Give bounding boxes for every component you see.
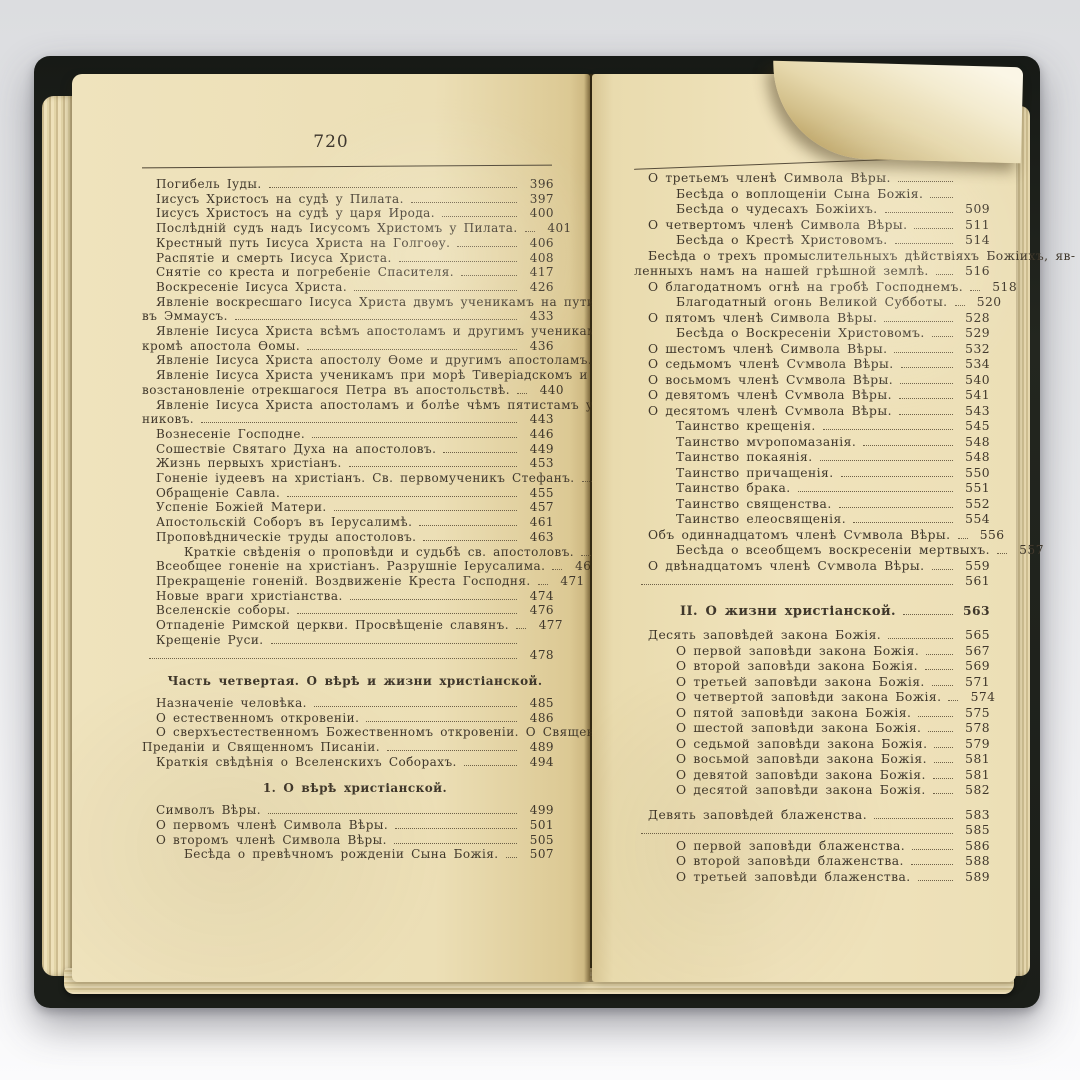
toc-entry-text: Таинство покаянія. — [634, 450, 813, 466]
dot-leader — [926, 654, 953, 655]
toc-page-ref: 574 — [963, 690, 995, 706]
toc-row: О первой заповѣди закона Божія. 567 — [634, 644, 990, 660]
toc-page-ref: 509 — [958, 202, 990, 218]
toc-row: Отпаденіе Римской церкви. Просвѣщеніе сл… — [142, 618, 554, 633]
toc-entry-text: Бесѣда о Воскресеніи Христовомъ. — [634, 326, 925, 342]
toc-entry-text: Таинство елеосвященія. — [634, 512, 846, 528]
toc-page-ref: 528 — [958, 311, 990, 327]
toc-entry-text: Крещеніе Руси. — [142, 633, 264, 648]
dot-leader — [423, 540, 517, 541]
toc-entry-text: Явленіе Іисуса Христа всѣмъ апостоламъ и… — [142, 324, 609, 339]
toc-entry-text: Девять заповѣдей блаженства. — [634, 808, 867, 824]
dot-leader — [895, 243, 953, 244]
dot-leader — [442, 216, 517, 217]
dot-leader — [552, 569, 562, 570]
dot-leader — [235, 319, 517, 320]
toc-entry-text: О первой заповѣди блаженства. — [634, 839, 905, 855]
toc-row: О третьемъ членѣ Символа Вѣры. — [634, 171, 990, 187]
toc-row: Таинство священства. 552 — [634, 497, 990, 513]
dot-leader — [506, 857, 517, 858]
toc-row: 478 — [142, 648, 554, 663]
toc-row: Погибель Іуды. 396 — [142, 177, 554, 192]
toc-row: Явленіе Іисуса Христа ученикамъ при морѣ… — [142, 368, 554, 383]
dot-leader — [933, 793, 953, 794]
toc-row: Бесѣда о всеобщемъ воскресеніи мертвыхъ.… — [634, 543, 990, 559]
toc-entry-text: Бесѣда о чудесахъ Божіихъ. — [634, 202, 878, 218]
toc-entry-text: О благодатномъ огнѣ на гробѣ Господнемъ. — [634, 280, 963, 296]
dot-leader — [350, 599, 517, 600]
toc-entry-text: Явленіе Іисуса Христа ученикамъ при морѣ… — [142, 368, 588, 383]
toc-row: Объ одиннадцатомъ членѣ Сѵмвола Вѣры. 55… — [634, 528, 990, 544]
toc-row: О седьмой заповѣди закона Божія. 579 — [634, 737, 990, 753]
toc-left-column: Погибель Іуды. 396 Іисусъ Христосъ на су… — [72, 177, 590, 862]
toc-entry-text: О сверхъестественномъ Божественномъ откр… — [142, 725, 629, 740]
toc-page-ref: 529 — [958, 326, 990, 342]
toc-row: Бесѣда о воплощеніи Сына Божія. — [634, 187, 990, 203]
toc-row: Таинство брака. 551 — [634, 481, 990, 497]
dot-leader — [955, 305, 965, 306]
toc-page-ref: 559 — [958, 559, 990, 575]
toc-entry-text: О седьмомъ членѣ Сѵмвола Вѣры. — [634, 357, 894, 373]
toc-page-ref: 453 — [522, 456, 554, 471]
toc-entry-text: Часть четвертая. О вѣрѣ и жизни христіан… — [153, 674, 542, 688]
dot-leader — [970, 290, 980, 291]
toc-entry-text: Таинство мѵропомазанія. — [634, 435, 856, 451]
toc-page-ref: 569 — [958, 659, 990, 675]
dot-leader — [641, 833, 953, 834]
toc-row: О четвертомъ членѣ Символа Вѣры. 511 — [634, 218, 990, 234]
toc-page-ref: 477 — [531, 618, 563, 633]
toc-row: Сошествіе Святаго Духа на апостоловъ. 44… — [142, 442, 554, 457]
dot-leader — [925, 669, 953, 670]
toc-page-ref: 494 — [522, 755, 554, 770]
toc-row: Символъ Вѣры. 499 — [142, 803, 554, 818]
toc-row: Крещеніе Руси. — [142, 633, 554, 648]
toc-page-ref: 486 — [522, 711, 554, 726]
toc-row: Всеобщее гоненіе на христіанъ. Разрушніе… — [142, 559, 554, 574]
toc-row: О шестой заповѣди закона Божія. 578 — [634, 721, 990, 737]
toc-entry-text: Бесѣда о Крестѣ Христовомъ. — [634, 233, 888, 249]
dot-leader — [899, 398, 953, 399]
dot-leader — [900, 383, 953, 384]
toc-page-ref: 440 — [532, 383, 564, 398]
toc-entry-text: Объ одиннадцатомъ членѣ Сѵмвола Вѣры. — [634, 528, 951, 544]
toc-row: О восьмомъ членѣ Сѵмвола Вѣры. 540 — [634, 373, 990, 389]
toc-row: Прекращеніе гоненій. Воздвиженіе Креста … — [142, 574, 554, 589]
toc-page-ref: 571 — [958, 675, 990, 691]
toc-row: О четвертой заповѣди закона Божія. 574 — [634, 690, 990, 706]
toc-row: Явленіе Іисуса Христа апостолу Ѳоме и др… — [142, 353, 554, 368]
toc-row: Обращеніе Савла. 455 — [142, 486, 554, 501]
toc-entry-text: Явленіе Іисуса Христа апостолу Ѳоме и др… — [142, 353, 592, 368]
dot-leader — [948, 700, 958, 701]
toc-page-ref: 457 — [522, 500, 554, 515]
dot-leader — [899, 414, 953, 415]
dot-leader — [932, 685, 953, 686]
toc-page-ref: 449 — [522, 442, 554, 457]
toc-entry-text: Крестный путь Іисуса Христа на Голгоѳу. — [142, 236, 450, 251]
toc-row: Проповѣдническіе труды апостоловъ. 463 — [142, 530, 554, 545]
toc-page-ref: 532 — [958, 342, 990, 358]
toc-entry-text: О восьмомъ членѣ Сѵмвола Вѣры. — [634, 373, 893, 389]
dot-leader — [820, 460, 953, 461]
dot-leader — [354, 290, 517, 291]
toc-entry-text: О четвертой заповѣди закона Божія. — [634, 690, 941, 706]
toc-row: О благодатномъ огнѣ на гробѣ Господнемъ.… — [634, 280, 990, 296]
dot-leader — [395, 828, 517, 829]
toc-entry-text: Всеобщее гоненіе на христіанъ. Разрушніе… — [142, 559, 545, 574]
toc-row: 585 — [634, 823, 990, 839]
toc-row: Назначеніе человѣка. 485 — [142, 696, 554, 711]
toc-page-ref: 541 — [958, 388, 990, 404]
dot-leader — [898, 181, 953, 182]
toc-page-ref: 534 — [958, 357, 990, 373]
dot-leader — [443, 452, 517, 453]
toc-page-ref: 550 — [958, 466, 990, 482]
dot-leader — [201, 422, 517, 423]
toc-entry-text: въ Эммаусъ. — [142, 309, 228, 324]
dot-leader — [334, 510, 517, 511]
dot-leader — [885, 212, 953, 213]
toc-entry-text: Явленіе воскресшаго Іисуса Христа двумъ … — [142, 295, 595, 310]
dot-leader — [641, 584, 953, 585]
toc-page-ref: 455 — [522, 486, 554, 501]
toc-row: О пятомъ членѣ Символа Вѣры. 528 — [634, 311, 990, 327]
toc-entry-text: Послѣдній судъ надъ Іисусомъ Христомъ у … — [142, 221, 518, 236]
toc-entry-text: Десять заповѣдей закона Божія. — [634, 628, 881, 644]
toc-row: Таинство покаянія. 548 — [634, 450, 990, 466]
dot-leader — [918, 880, 953, 881]
toc-entry-text: Таинство причащенія. — [634, 466, 834, 482]
dot-leader — [918, 716, 953, 717]
toc-entry-text: О пятой заповѣди закона Божія. — [634, 706, 911, 722]
dot-leader — [287, 496, 517, 497]
toc-row: О десятой заповѣди закона Божія. 582 — [634, 783, 990, 799]
dot-leader — [823, 429, 953, 430]
toc-entry-text: О девятой заповѣди закона Божія. — [634, 768, 926, 784]
dot-leader — [958, 538, 968, 539]
toc-page-ref: 476 — [522, 603, 554, 618]
toc-row: Апостольскій Соборъ въ Іерусалимѣ. 461 — [142, 515, 554, 530]
toc-page-ref: 581 — [958, 752, 990, 768]
toc-entry-text: Символъ Вѣры. — [142, 803, 261, 818]
toc-entry-text: Успеніе Божіей Матери. — [142, 500, 327, 515]
toc-entry-text: Гоненіе іудеевъ на христіанъ. Св. первом… — [142, 471, 575, 486]
toc-entry-text: Вознесеніе Господне. — [142, 427, 305, 442]
dot-leader — [936, 274, 953, 275]
toc-entry-text: возстановленіе отрекшагося Петра въ апос… — [142, 383, 510, 398]
toc-row: О естественномъ откровеніи. 486 — [142, 711, 554, 726]
toc-entry-text: Таинство крещенія. — [634, 419, 816, 435]
toc-entry-text: Бесѣда о воплощеніи Сына Божія. — [634, 187, 923, 203]
toc-row: Таинство мѵропомазанія. 548 — [634, 435, 990, 451]
toc-entry-text: О десятомъ членѣ Сѵмвола Вѣры. — [634, 404, 892, 420]
toc-row: Таинство причащенія. 550 — [634, 466, 990, 482]
toc-entry-text: О пятомъ членѣ Символа Вѣры. — [634, 311, 877, 327]
dot-leader — [387, 750, 517, 751]
toc-row: Воскресеніе Іисуса Христа. 426 — [142, 280, 554, 295]
toc-entry-text: Таинство брака. — [634, 481, 791, 497]
dot-leader — [798, 491, 953, 492]
toc-page-ref: 461 — [522, 515, 554, 530]
dot-leader — [312, 437, 517, 438]
toc-entry-text: Апостольскій Соборъ въ Іерусалимѣ. — [142, 515, 412, 530]
toc-entry-text: Прекращеніе гоненій. Воздвиженіе Креста … — [142, 574, 531, 589]
toc-page-ref: 436 — [522, 339, 554, 354]
dot-leader — [930, 197, 953, 198]
toc-entry-text: Преданіи и Священномъ Писаніи. — [142, 740, 380, 755]
toc-page-ref: 514 — [958, 233, 990, 249]
toc-entry-text: Погибель Іуды. — [142, 177, 262, 192]
toc-page-ref: 586 — [958, 839, 990, 855]
toc-row: 1. О вѣрѣ христіанской. — [142, 781, 554, 796]
toc-row: Вселенскіе соборы. 476 — [142, 603, 554, 618]
toc-entry-text: Воскресеніе Іисуса Христа. — [142, 280, 347, 295]
toc-entry-text: О третьей заповѣди блаженства. — [634, 870, 911, 886]
toc-row: Девять заповѣдей блаженства. 583 — [634, 808, 990, 824]
toc-row: Іисусъ Христосъ на судѣ у царя Ирода. 40… — [142, 206, 554, 221]
toc-row: О девятой заповѣди закона Божія. 581 — [634, 768, 990, 784]
toc-page-ref: 505 — [522, 833, 554, 848]
toc-page-ref: 588 — [958, 854, 990, 870]
dot-leader — [464, 765, 517, 766]
toc-row: О второй заповѣди блаженства. 588 — [634, 854, 990, 870]
toc-page-ref: 507 — [522, 847, 554, 862]
toc-row: О третьей заповѣди блаженства. 589 — [634, 870, 990, 886]
toc-page-ref: 499 — [522, 803, 554, 818]
dot-leader — [314, 706, 517, 707]
toc-entry-text: Снятіе со креста и погребеніе Спасителя. — [142, 265, 454, 280]
toc-row: Гоненіе іудеевъ на христіанъ. Св. первом… — [142, 471, 554, 486]
toc-page-ref: 581 — [958, 768, 990, 784]
toc-row: Бесѣда о трехъ промыслительныхъ дѣйствія… — [634, 249, 990, 265]
toc-page-ref: 474 — [522, 589, 554, 604]
dot-leader — [912, 849, 953, 850]
toc-page-ref: 426 — [522, 280, 554, 295]
dot-leader — [932, 569, 954, 570]
toc-row: Бесѣда о Крестѣ Христовомъ. 514 — [634, 233, 990, 249]
dot-leader — [269, 187, 517, 188]
toc-entry-text: 1. О вѣрѣ христіанской. — [249, 781, 447, 795]
toc-row: Явленіе Іисуса Христа всѣмъ апостоламъ и… — [142, 324, 554, 339]
toc-page-ref: 557 — [1012, 543, 1044, 559]
toc-entry-text: О восьмой заповѣди закона Божія. — [634, 752, 927, 768]
toc-row: 561 — [634, 574, 990, 590]
header-rule — [142, 165, 552, 169]
dot-leader — [307, 349, 517, 350]
toc-page-ref: 575 — [958, 706, 990, 722]
toc-page-ref: 543 — [958, 404, 990, 420]
toc-row: Бесѣда о чудесахъ Божіихъ. 509 — [634, 202, 990, 218]
dot-leader — [399, 261, 517, 262]
toc-page-ref: 563 — [958, 603, 990, 619]
toc-page-ref: 501 — [522, 818, 554, 833]
toc-entry-text: Новые враги христіанства. — [142, 589, 343, 604]
page-number: 720 — [72, 74, 590, 152]
toc-row: О первой заповѣди блаженства. 586 — [634, 839, 990, 855]
toc-page-ref: 585 — [958, 823, 990, 839]
toc-page-ref: 406 — [522, 236, 554, 251]
toc-page-ref: 545 — [958, 419, 990, 435]
toc-row: Краткія свѣдѣнія о Вселенскихъ Соборахъ.… — [142, 755, 554, 770]
toc-row: Іисусъ Христосъ на судѣ у Пилата. 397 — [142, 192, 554, 207]
toc-entry-text: О второй заповѣди закона Божія. — [634, 659, 918, 675]
toc-page-ref: 565 — [958, 628, 990, 644]
dot-leader — [461, 275, 517, 276]
toc-entry-text: О седьмой заповѣди закона Божія. — [634, 737, 927, 753]
toc-page-ref: 463 — [522, 530, 554, 545]
toc-row: Бесѣда о Воскресеніи Христовомъ. 529 — [634, 326, 990, 342]
toc-entry-text: Вселенскіе соборы. — [142, 603, 290, 618]
toc-entry-text: Распятіе и смерть Іисуса Христа. — [142, 251, 392, 266]
toc-page-ref: 567 — [958, 644, 990, 660]
dot-leader — [853, 522, 953, 523]
left-page: 720 Погибель Іуды. 396 Іисусъ Христосъ н… — [72, 74, 590, 982]
dot-leader — [149, 658, 517, 659]
toc-row: Снятіе со креста и погребеніе Спасителя.… — [142, 265, 554, 280]
dot-leader — [863, 445, 953, 446]
toc-row: О сверхъестественномъ Божественномъ откр… — [142, 725, 554, 740]
toc-row: Успеніе Божіей Матери. 457 — [142, 500, 554, 515]
toc-row: О третьей заповѣди закона Божія. 571 — [634, 675, 990, 691]
toc-row: Явленіе воскресшаго Іисуса Христа двумъ … — [142, 295, 554, 310]
toc-entry-text: О третьей заповѣди закона Божія. — [634, 675, 925, 691]
toc-row: О второмъ членѣ Символа Вѣры. 505 — [142, 833, 554, 848]
toc-row: ленныхъ намъ на нашей грѣшной землѣ. 516 — [634, 264, 990, 280]
toc-page-ref: 516 — [958, 264, 990, 280]
toc-row: въ Эммаусъ. 433 — [142, 309, 554, 324]
toc-row: возстановленіе отрекшагося Петра въ апос… — [142, 383, 554, 398]
toc-row: Краткіе свѣденія о проповѣди и судьбѣ св… — [142, 545, 554, 560]
dot-leader — [457, 246, 517, 247]
toc-page-ref: 433 — [522, 309, 554, 324]
toc-entry-text: Іисусъ Христосъ на судѣ у царя Ирода. — [142, 206, 435, 221]
toc-entry-text: Назначеніе человѣка. — [142, 696, 307, 711]
toc-entry-text: кромѣ апостола Ѳомы. — [142, 339, 300, 354]
dot-leader — [894, 352, 953, 353]
toc-entry-text: О четвертомъ членѣ Символа Вѣры. — [634, 218, 907, 234]
toc-row: Таинство крещенія. 545 — [634, 419, 990, 435]
toc-row: О шестомъ членѣ Символа Вѣры. 532 — [634, 342, 990, 358]
toc-entry-text: ленныхъ намъ на нашей грѣшной землѣ. — [634, 264, 929, 280]
toc-row: О десятомъ членѣ Сѵмвола Вѣры. 543 — [634, 404, 990, 420]
dot-leader — [517, 393, 527, 394]
toc-entry-text: О двѣнадцатомъ членѣ Сѵмвола Вѣры. — [634, 559, 925, 575]
toc-page-ref: 443 — [522, 412, 554, 427]
toc-row: Жизнь первыхъ христіанъ. 453 — [142, 456, 554, 471]
dot-leader — [874, 818, 953, 819]
dot-leader — [516, 628, 526, 629]
toc-row: Бесѣда о превѣчномъ рожденіи Сына Божія.… — [142, 847, 554, 862]
toc-row: О девятомъ членѣ Сѵмвола Вѣры. 541 — [634, 388, 990, 404]
dot-leader — [903, 614, 953, 615]
toc-entry-text: Жизнь первыхъ христіанъ. — [142, 456, 342, 471]
toc-entry-text: Краткія свѣдѣнія о Вселенскихъ Соборахъ. — [142, 755, 457, 770]
toc-entry-text: О первой заповѣди закона Божія. — [634, 644, 919, 660]
toc-entry-text: Бесѣда о превѣчномъ рожденіи Сына Божія. — [142, 847, 499, 862]
toc-row: Вознесеніе Господне. 446 — [142, 427, 554, 442]
toc-page-ref: 485 — [522, 696, 554, 711]
toc-entry-text: О шестомъ членѣ Символа Вѣры. — [634, 342, 887, 358]
toc-row: Крестный путь Іисуса Христа на Голгоѳу. … — [142, 236, 554, 251]
toc-page-ref: 561 — [958, 574, 990, 590]
dot-leader — [934, 747, 953, 748]
dot-leader — [839, 507, 953, 508]
toc-entry-text: Іисусъ Христосъ на судѣ у Пилата. — [142, 192, 404, 207]
page-curl — [771, 61, 1023, 164]
toc-page-ref: 417 — [522, 265, 554, 280]
toc-row: кромѣ апостола Ѳомы. 436 — [142, 339, 554, 354]
toc-row: II. О жизни христіанской. 563 — [634, 603, 990, 620]
dot-leader — [933, 778, 953, 779]
dot-leader — [841, 476, 953, 477]
dot-leader — [888, 638, 953, 639]
toc-right-column: О третьемъ членѣ Символа Вѣры. Бесѣда о … — [592, 171, 1016, 885]
dot-leader — [394, 843, 517, 844]
toc-page-ref: 552 — [958, 497, 990, 513]
toc-page-ref: 540 — [958, 373, 990, 389]
book: 720 Погибель Іуды. 396 Іисусъ Христосъ н… — [34, 56, 1040, 1008]
toc-entry-text: Благодатный огонь Великой Субботы. — [634, 295, 948, 311]
dot-leader — [349, 466, 517, 467]
toc-row: Новые враги христіанства. 474 — [142, 589, 554, 604]
toc-page-ref: 471 — [553, 574, 585, 589]
toc-entry-text: Краткіе свѣденія о проповѣди и судьбѣ св… — [142, 545, 574, 560]
toc-page-ref: 397 — [522, 192, 554, 207]
toc-page-ref: 578 — [958, 721, 990, 737]
toc-page-ref: 582 — [958, 783, 990, 799]
dot-leader — [997, 553, 1007, 554]
toc-entry-text: О десятой заповѣди закона Божія. — [634, 783, 926, 799]
toc-entry-text: О девятомъ членѣ Сѵмвола Вѣры. — [634, 388, 892, 404]
toc-page-ref: 408 — [522, 251, 554, 266]
dot-leader — [934, 762, 953, 763]
toc-entry-text: II. О жизни христіанской. — [634, 604, 896, 620]
toc-page-ref: 396 — [522, 177, 554, 192]
dot-leader — [884, 321, 953, 322]
toc-page-ref: 579 — [958, 737, 990, 753]
toc-entry-text: Бесѣда о всеобщемъ воскресеніи мертвыхъ. — [634, 543, 990, 559]
dot-leader — [932, 336, 953, 337]
toc-row: О второй заповѣди закона Божія. 569 — [634, 659, 990, 675]
dot-leader — [525, 231, 535, 232]
toc-page-ref: 489 — [522, 740, 554, 755]
toc-row: Таинство елеосвященія. 554 — [634, 512, 990, 528]
toc-entry-text: О третьемъ членѣ Символа Вѣры. — [634, 171, 891, 187]
toc-entry-text: О естественномъ откровеніи. — [142, 711, 359, 726]
toc-row: О первомъ членѣ Символа Вѣры. 501 — [142, 818, 554, 833]
dot-leader — [928, 731, 953, 732]
toc-row: О восьмой заповѣди закона Божія. 581 — [634, 752, 990, 768]
toc-row: Явленіе Іисуса Христа апостоламъ и болѣе… — [142, 398, 554, 413]
dot-leader — [366, 721, 517, 722]
dot-leader — [411, 202, 517, 203]
dot-leader — [911, 864, 953, 865]
toc-entry-text: Сошествіе Святаго Духа на апостоловъ. — [142, 442, 436, 457]
toc-page-ref: 583 — [958, 808, 990, 824]
toc-row: никовъ. 443 — [142, 412, 554, 427]
toc-entry-text: Явленіе Іисуса Христа апостоламъ и болѣе… — [142, 398, 614, 413]
dot-leader — [538, 584, 548, 585]
toc-page-ref: 446 — [522, 427, 554, 442]
toc-row: О пятой заповѣди закона Божія. 575 — [634, 706, 990, 722]
toc-entry-text: О второмъ членѣ Символа Вѣры. — [142, 833, 387, 848]
dot-leader — [297, 613, 517, 614]
toc-page-ref: 589 — [958, 870, 990, 886]
toc-entry-text: О шестой заповѣди закона Божія. — [634, 721, 921, 737]
toc-row: О двѣнадцатомъ членѣ Сѵмвола Вѣры. 559 — [634, 559, 990, 575]
toc-row: О седьмомъ членѣ Сѵмвола Вѣры. 534 — [634, 357, 990, 373]
